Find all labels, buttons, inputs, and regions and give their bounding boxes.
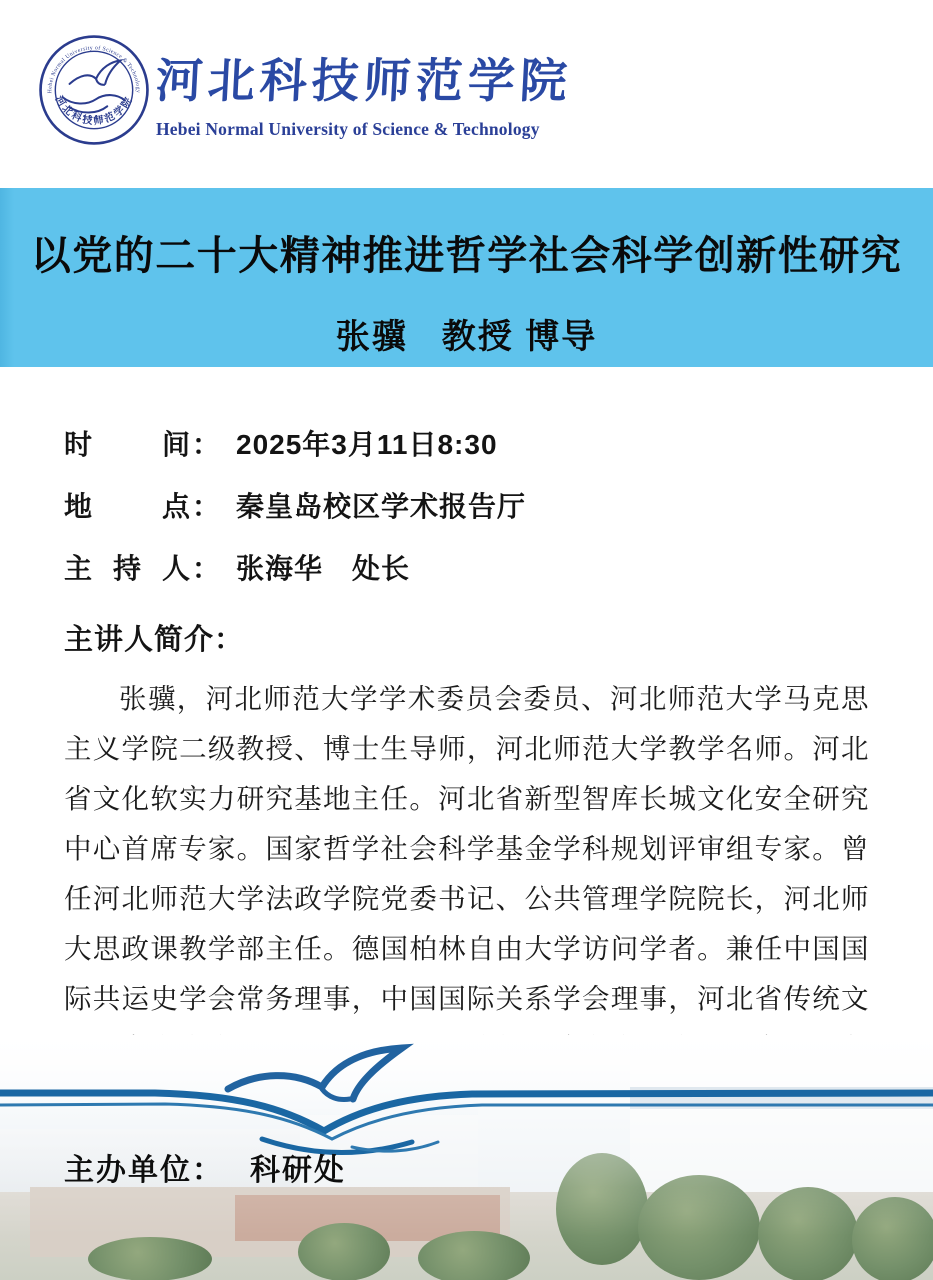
lecture-title: 以党的二十大精神推进哲学社会科学创新性研究: [0, 188, 933, 281]
speaker-titles: 教授 博导: [442, 318, 597, 356]
host-unit-value: 科研处: [250, 1154, 346, 1187]
lecture-poster: Hebei Normal University of Science & Tec…: [0, 0, 933, 1280]
wave-lines-icon: [0, 1093, 933, 1153]
seal-icon: Hebei Normal University of Science & Tec…: [38, 34, 150, 146]
host-unit-line: 主办单位：科研处: [64, 1145, 346, 1189]
detail-colon: ：: [192, 547, 220, 587]
detail-row-time: 时间： 2025年3月11日8:30: [64, 423, 869, 463]
detail-value-place: 秦皇岛校区学术报告厅: [236, 485, 526, 525]
university-name-cn: 河北科技师范学院: [154, 44, 574, 111]
detail-colon: ：: [192, 423, 220, 463]
detail-value-host-person: 张海华 处长: [236, 547, 410, 587]
speaker-line: 张骥教授 博导: [0, 309, 933, 358]
event-details: 时间： 2025年3月11日8:30 地点： 秦皇岛校区学术报告厅 主持人： 张…: [64, 423, 869, 587]
seal-year: 1941: [83, 115, 106, 122]
host-unit-label: 主办单位：: [64, 1154, 224, 1187]
bio-heading: 主讲人简介：: [64, 617, 869, 658]
university-name-en: Hebei Normal University of Science & Tec…: [156, 119, 572, 140]
university-seal-logo: Hebei Normal University of Science & Tec…: [38, 34, 150, 146]
detail-row-place: 地点： 秦皇岛校区学术报告厅: [64, 485, 869, 525]
seagull-icon: [228, 1048, 402, 1100]
detail-colon: ：: [192, 485, 220, 525]
detail-row-host-person: 主持人： 张海华 处长: [64, 547, 869, 587]
detail-label-host-person: 主持人: [64, 547, 190, 587]
detail-label-place: 地点: [64, 485, 190, 525]
detail-value-time: 2025年3月11日8:30: [236, 423, 498, 463]
detail-label-time: 时间: [64, 423, 190, 463]
campus-photo-footer: 主办单位：科研处: [0, 1035, 933, 1280]
speaker-name: 张骥: [336, 318, 408, 356]
university-names: 河北科技师范学院 Hebei Normal University of Scie…: [156, 44, 572, 140]
title-banner: 以党的二十大精神推进哲学社会科学创新性研究 张骥教授 博导: [0, 188, 933, 367]
masthead: Hebei Normal University of Science & Tec…: [0, 0, 933, 188]
